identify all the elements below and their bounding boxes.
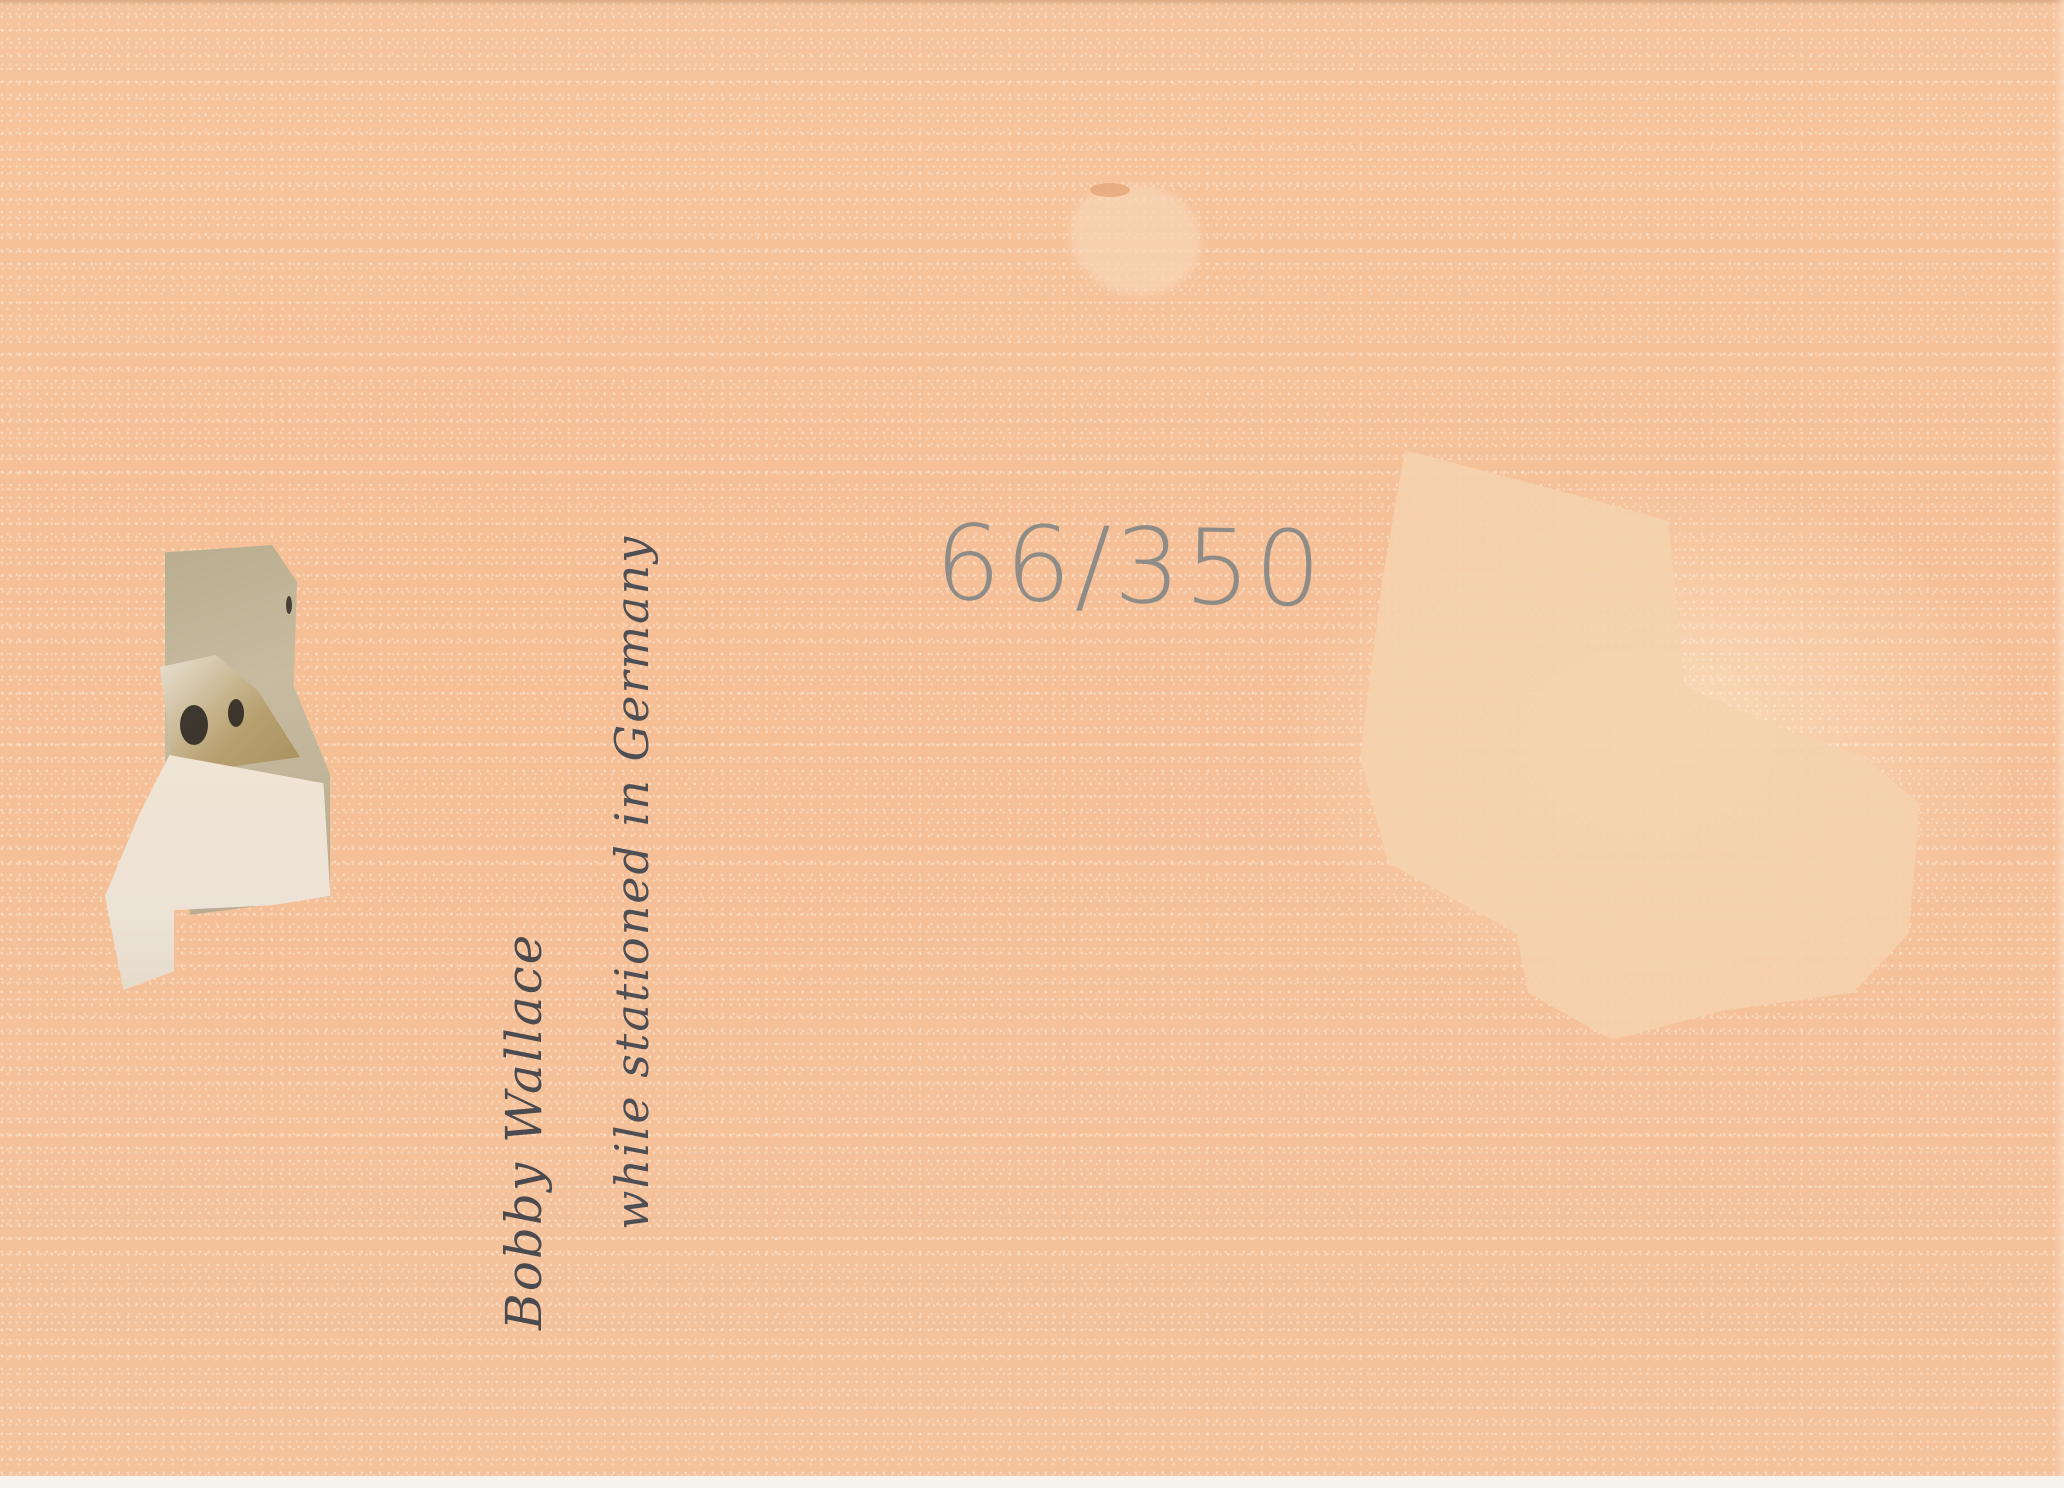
water-stain [1360,450,1920,1040]
photo-back-card: Bobby Wallace while stationed in Germany… [0,0,2064,1476]
scan-bottom-margin [0,1476,2064,1488]
handwritten-caption: while stationed in Germany [605,535,659,1230]
top-edge-shadow [0,0,2064,6]
stain-spot [1090,183,1130,197]
small-stain [1070,185,1200,295]
handwritten-name: Bobby Wallace [495,933,553,1330]
torn-paper-layer [105,755,335,990]
pencil-annotation: 66/350 [934,502,1326,631]
adhesive-dots [180,705,208,745]
tape-remnant [105,545,345,985]
right-edge [2054,0,2064,1476]
